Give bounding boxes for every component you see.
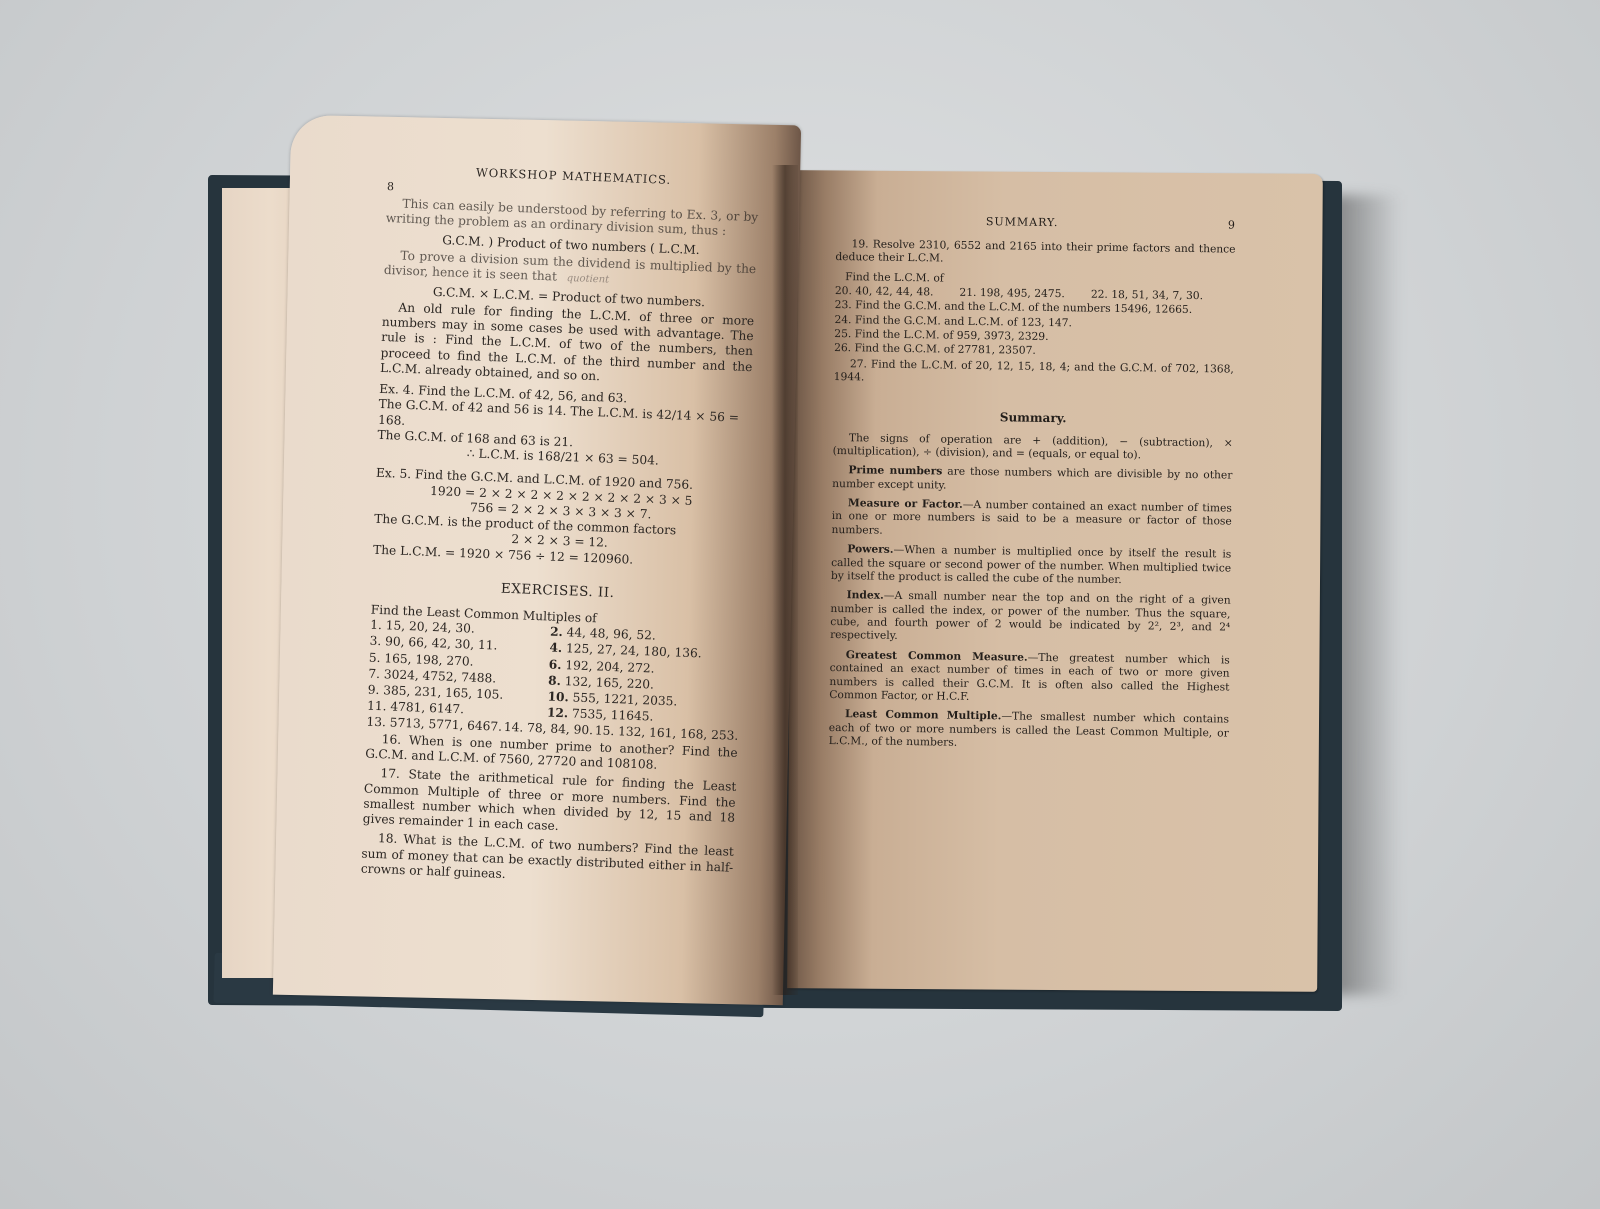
page-number-right: 9 xyxy=(1228,218,1236,232)
question-19: 19. Resolve 2310, 6552 and 2165 into the… xyxy=(835,237,1235,269)
pencil-annotation: quotient xyxy=(566,273,609,286)
running-head-right: SUMMARY. xyxy=(986,215,1059,230)
example-5: Ex. 5. Find the G.C.M. and L.C.M. of 192… xyxy=(373,466,748,572)
summary-entry-index: Index.—A small number near the top and o… xyxy=(830,588,1231,647)
summary-title: Summary. xyxy=(833,407,1233,428)
question-17: 17. State the arithmetical rule for find… xyxy=(362,766,736,841)
left-page-text: WORKSHOP MATHEMATICS. 8 This can easily … xyxy=(360,162,759,895)
exercises-title: EXERCISES. II. xyxy=(371,576,743,607)
summary-entry-measure-factor: Measure or Factor.—A number contained an… xyxy=(831,496,1232,542)
summary-entry-gcm: Greatest Common Measure.—The greatest nu… xyxy=(829,648,1230,707)
question-18: 18. What is the L.C.M. of two numbers? F… xyxy=(361,831,734,891)
book-gutter xyxy=(772,165,798,995)
exercise-list: 1. 15, 20, 24, 30. 2. 44, 48, 96, 52. 3.… xyxy=(367,618,742,729)
summary-entry-prime-numbers: Prime numbers are those numbers which ar… xyxy=(832,463,1232,495)
right-page-text: SUMMARY. 9 19. Resolve 2310, 6552 and 21… xyxy=(828,213,1236,759)
summary-entry-powers: Powers.—When a number is multiplied once… xyxy=(831,542,1232,588)
summary-entry-lcm: Least Common Multiple.—The smallest numb… xyxy=(829,707,1230,753)
question-27: 27. Find the L.C.M. of 20, 12, 15, 18, 4… xyxy=(834,357,1234,389)
summary-entry-signs: The signs of operation are + (addition),… xyxy=(833,430,1233,462)
old-rule-paragraph: An old rule for finding the L.C.M. of th… xyxy=(380,300,755,390)
example-4: Ex. 4. Find the L.C.M. of 42, 56, and 63… xyxy=(377,382,752,472)
